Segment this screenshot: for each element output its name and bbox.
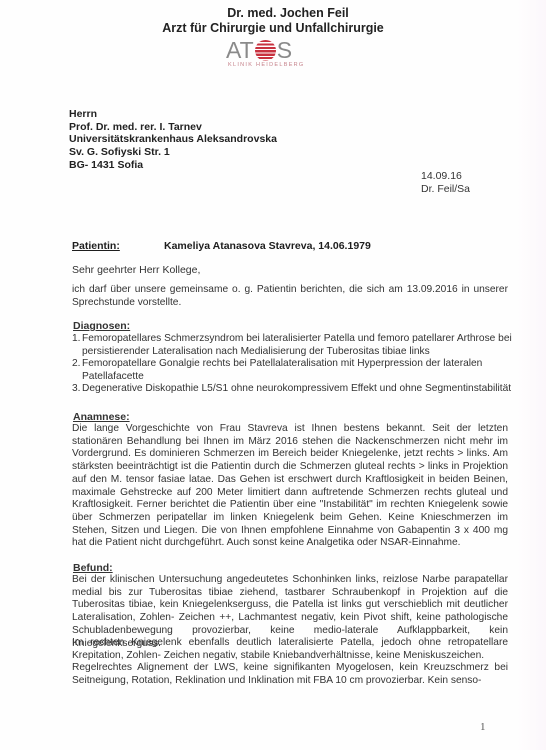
intro-paragraph: ich darf über unsere gemeinsame o. g. Pa… [72,284,508,309]
patient-label: Patientin: [72,240,164,252]
recipient-address: Herrn Prof. Dr. med. rer. I. Tarnev Univ… [69,108,277,172]
logo-text-left: AT [226,38,254,62]
letter-date: 14.09.16 [421,170,470,183]
diagnosis-number: 1. [72,333,81,346]
logo-wordmark: ATS [226,38,292,62]
address-line: BG- 1431 Sofia [69,159,277,172]
befund-title: Befund: [73,562,113,574]
diagnosis-item: 2.Femoropatellare Gonalgie rechts bei Pa… [72,358,512,383]
address-line: Universitätskrankenhaus Aleksandrovska [69,133,277,146]
befund-paragraph: Regelrechtes Alignement der LWS, keine s… [72,662,508,687]
page-number: 1 [480,721,486,733]
doctor-specialty: Arzt für Chirurgie und Unfallchirurgie [0,21,546,36]
anamnese-title: Anamnese: [73,411,130,423]
anamnese-paragraph: Die lange Vorgeschichte von Frau Stavrev… [72,423,508,550]
logo-subtitle: KLINIK HEIDELBERG [228,62,305,68]
reference-code: Dr. Feil/Sa [421,183,470,196]
diagnosis-number: 3. [72,383,81,396]
diagnosis-text: Degenerative Diskopathie L5/S1 ohne neur… [82,383,511,394]
striped-globe-icon [255,40,276,61]
diagnoses-title: Diagnosen: [73,320,130,332]
salutation: Sehr geehrter Herr Kollege, [72,264,200,276]
logo-text-right: S [277,38,292,62]
page-edge-shading [516,0,546,750]
diagnoses-list: 1.Femoropatellares Schmerzsyndrom bei la… [72,333,512,396]
befund-paragraph: Im rechten Kniegelenk ebenfalls deutlich… [72,637,508,662]
patient-row: Patientin:Kameliya Atanasova Stavreva, 1… [72,240,371,252]
diagnosis-number: 2. [72,358,81,371]
doctor-name: Dr. med. Jochen Feil [30,6,546,21]
address-line: Sv. G. Sofiyski Str. 1 [69,146,277,159]
address-line: Herrn [69,108,277,121]
diagnosis-item: 1.Femoropatellares Schmerzsyndrom bei la… [72,333,512,358]
diagnosis-text: Femoropatellare Gonalgie rechts bei Pate… [82,358,482,382]
diagnosis-text: Femoropatellares Schmerzsyndrom bei late… [82,333,512,357]
atos-logo: ATS KLINIK HEIDELBERG [226,38,326,72]
letterhead: Dr. med. Jochen Feil Arzt für Chirurgie … [0,6,546,36]
patient-name: Kameliya Atanasova Stavreva, 14.06.1979 [164,240,371,252]
diagnosis-item: 3.Degenerative Diskopathie L5/S1 ohne ne… [72,383,512,396]
address-line: Prof. Dr. med. rer. I. Tarnev [69,121,277,134]
letter-page: Dr. med. Jochen Feil Arzt für Chirurgie … [0,0,546,750]
date-block: 14.09.16 Dr. Feil/Sa [421,170,470,195]
